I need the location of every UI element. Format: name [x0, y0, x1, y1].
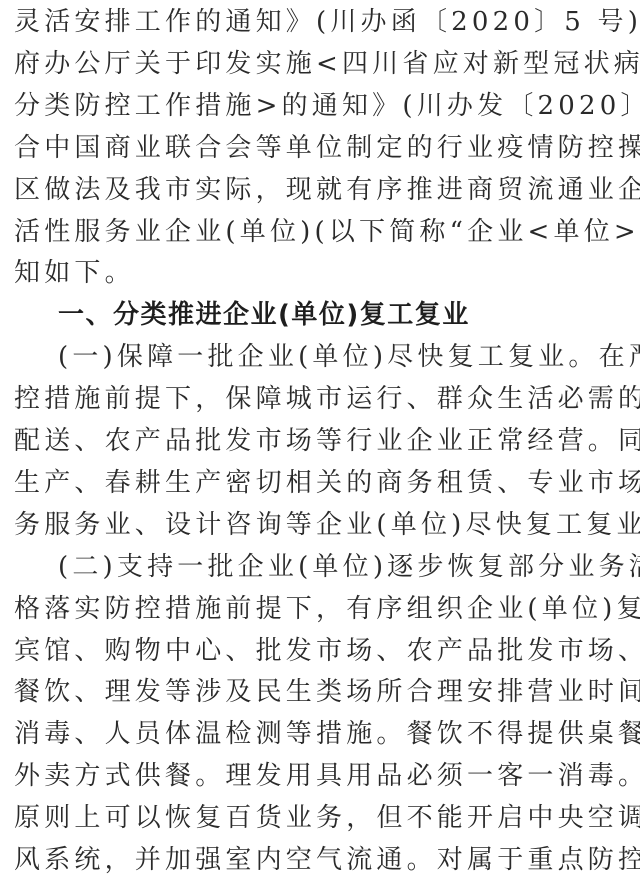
paragraph-line: 格落实防控措施前提下，有序组织企业(单位)复工复业。商务 — [14, 588, 630, 630]
section-heading: 一、分类推进企业(单位)复工复业 — [58, 294, 640, 336]
paragraph-line: 务服务业、设计咨询等企业(单位)尽快复工复业。 — [14, 504, 630, 546]
paragraph-line: 消毒、人员体温检测等措施。餐饮不得提供桌餐，可使用外带、 — [14, 713, 630, 755]
paragraph-line: 分类防控工作措施>的通知》(川办发〔2020〕13 号)精神，结 — [14, 85, 630, 127]
paragraph-line: 风系统，并加强室内空气流通。对属于重点防控地区的购物中心、 — [14, 839, 630, 877]
paragraph-line: 合中国商业联合会等单位制定的行业疫情防控操作指南、先进地 — [14, 127, 630, 169]
paragraph-line: 区做法及我市实际，现就有序推进商贸流通业企业(单位)和生 — [14, 169, 630, 211]
paragraph-line: 原则上可以恢复百货业务，但不能开启中央空调系统，可启用新 — [14, 797, 630, 839]
paragraph-line: 餐饮、理发等涉及民生类场所合理安排营业时间，严格实施场所 — [14, 671, 630, 713]
paragraph-line: (一)保障一批企业(单位)尽快复工复业。在严格落实防 — [58, 336, 640, 378]
paragraph-line: 活性服务业企业(单位)(以下简称“企业<单位>”)复工复业通 — [14, 211, 630, 253]
paragraph-line: 配送、农产品批发市场等行业企业正常经营。同时，保障与工业 — [14, 420, 630, 462]
paragraph-line: 外卖方式供餐。理发用具用品必须一客一消毒。城市商业综合体 — [14, 755, 630, 797]
paragraph-line: (二)支持一批企业(单位)逐步恢复部分业务活动。在严 — [58, 546, 640, 588]
paragraph-line: 府办公厅关于印发实施<四川省应对新型冠状病毒肺炎疫情分区 — [14, 43, 630, 85]
paragraph-line: 宾馆、购物中心、批发市场、农产品批发市场、超市、便利店、 — [14, 630, 630, 672]
paragraph-line: 灵活安排工作的通知》(川办函〔2020〕5 号)、《四川省人民政 — [14, 1, 630, 43]
paragraph-line: 控措施前提下，保障城市运行、群众生活必需的超市卖场、城市 — [14, 378, 630, 420]
paragraph-line: 知如下。 — [14, 252, 630, 294]
paragraph-line: 生产、春耕生产密切相关的商务租赁、专业市场、农资销售、劳 — [14, 462, 630, 504]
